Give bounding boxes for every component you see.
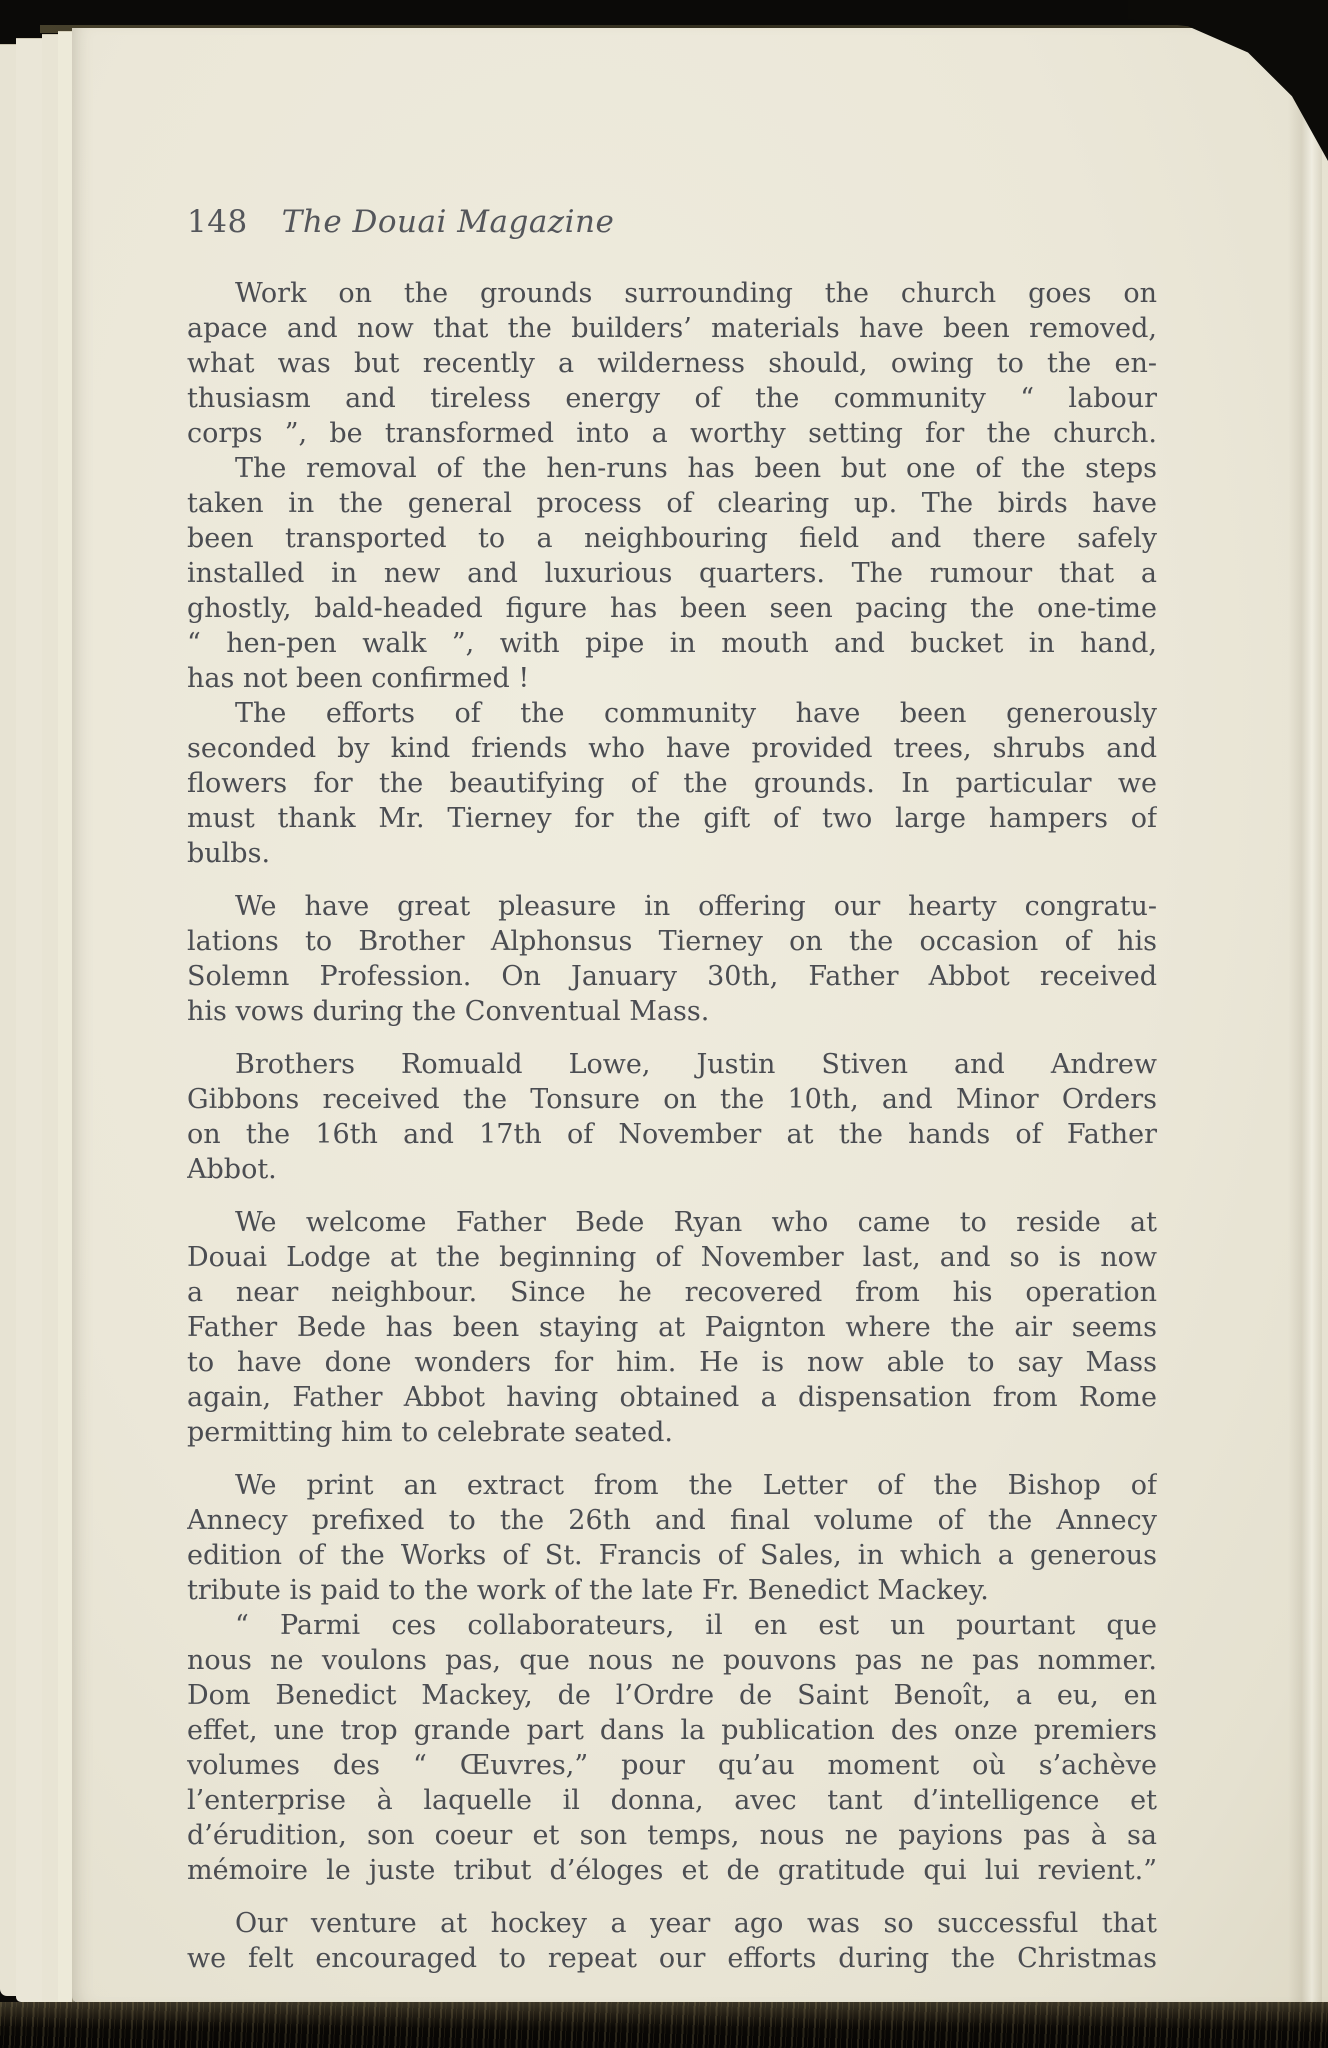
text-line: l’enterprise à laquelle il donna, avec t…: [187, 1783, 1157, 1818]
text-line: on the 16th and 17th of November at the …: [187, 1117, 1157, 1152]
text-line: Father Bede has been staying at Paignton…: [187, 1310, 1157, 1345]
paragraph: We welcome Father Bede Ryan who came to …: [187, 1205, 1157, 1450]
text-line: to have done wonders for him. He is now …: [187, 1345, 1157, 1380]
text-line: his vows during the Conventual Mass.: [187, 994, 1157, 1029]
text-line: again, Father Abbot having obtained a di…: [187, 1380, 1157, 1415]
paragraph: We print an extract from the Letter of t…: [187, 1468, 1157, 1608]
text-line: Our venture at hockey a year ago was so …: [187, 1906, 1157, 1941]
text-line: installed in new and luxurious quarters.…: [187, 556, 1157, 591]
page-text: Work on the grounds surrounding the chur…: [187, 276, 1157, 1976]
text-line: been transported to a neighbouring field…: [187, 521, 1157, 556]
text-line: tribute is paid to the work of the late …: [187, 1573, 1157, 1608]
book-photo: 148The Douai Magazine Work on the ground…: [0, 0, 1328, 2048]
text-line: a near neighbour. Since he recovered fro…: [187, 1275, 1157, 1310]
paragraph: “ Parmi ces collaborateurs, il en est un…: [187, 1608, 1157, 1888]
text-line: We have great pleasure in offering our h…: [187, 889, 1157, 924]
text-line: what was but recently a wilderness shoul…: [187, 346, 1157, 381]
text-line: effet, une trop grande part dans la publ…: [187, 1713, 1157, 1748]
text-line: must thank Mr. Tierney for the gift of t…: [187, 801, 1157, 836]
text-line: volumes des “ Œuvres,” pour qu’au moment…: [187, 1748, 1157, 1783]
text-line: edition of the Works of St. Francis of S…: [187, 1538, 1157, 1573]
text-line: Brothers Romuald Lowe, Justin Stiven and…: [187, 1047, 1157, 1082]
text-line: mémoire le juste tribut d’éloges et de g…: [187, 1853, 1157, 1888]
paragraph: We have great pleasure in offering our h…: [187, 889, 1157, 1029]
text-line: thusiasm and tireless energy of the comm…: [187, 381, 1157, 416]
text-line: taken in the general process of clearing…: [187, 486, 1157, 521]
text-line: Gibbons received the Tonsure on the 10th…: [187, 1082, 1157, 1117]
text-line: corps ”, be transformed into a worthy se…: [187, 416, 1157, 451]
text-line: permitting him to celebrate seated.: [187, 1415, 1157, 1450]
text-line: Abbot.: [187, 1152, 1157, 1187]
text-line: lations to Brother Alphonsus Tierney on …: [187, 924, 1157, 959]
text-line: bulbs.: [187, 836, 1157, 871]
text-line: ghostly, bald-headed figure has been see…: [187, 591, 1157, 626]
paragraph: The efforts of the community have been g…: [187, 696, 1157, 871]
text-line: apace and now that the builders’ materia…: [187, 311, 1157, 346]
text-line: Douai Lodge at the beginning of November…: [187, 1240, 1157, 1275]
text-line: The removal of the hen-runs has been but…: [187, 451, 1157, 486]
page-number: 148: [187, 204, 248, 240]
text-line: “ Parmi ces collaborateurs, il en est un…: [187, 1608, 1157, 1643]
page-crease: [1288, 28, 1322, 2004]
magazine-title: The Douai Magazine: [282, 204, 615, 240]
paragraph: Work on the grounds surrounding the chur…: [187, 276, 1157, 451]
text-line: Work on the grounds surrounding the chur…: [187, 276, 1157, 311]
text-line: we felt encouraged to repeat our efforts…: [187, 1941, 1157, 1976]
text-line: flowers for the beautifying of the groun…: [187, 766, 1157, 801]
book-page: 148The Douai Magazine Work on the ground…: [72, 28, 1328, 2004]
text-line: We print an extract from the Letter of t…: [187, 1468, 1157, 1503]
text-line: Dom Benedict Mackey, de l’Ordre de Saint…: [187, 1678, 1157, 1713]
text-line: Annecy prefixed to the 26th and final vo…: [187, 1503, 1157, 1538]
text-line: We welcome Father Bede Ryan who came to …: [187, 1205, 1157, 1240]
text-line: nous ne voulons pas, que nous ne pouvons…: [187, 1643, 1157, 1678]
text-line: d’érudition, son coeur et son temps, nou…: [187, 1818, 1157, 1853]
text-line: has not been confirmed !: [187, 661, 1157, 696]
paragraph: The removal of the hen-runs has been but…: [187, 451, 1157, 696]
text-line: Solemn Profession. On January 30th, Fath…: [187, 959, 1157, 994]
text-line: “ hen-pen walk ”, with pipe in mouth and…: [187, 626, 1157, 661]
book-cover-edge-bottom: [0, 2002, 1328, 2048]
page-stack-edge-3: [42, 34, 59, 2006]
page-stack-edge-2: [16, 38, 43, 2002]
text-line: The efforts of the community have been g…: [187, 696, 1157, 731]
page-header: 148The Douai Magazine: [187, 204, 614, 240]
text-line: seconded by kind friends who have provid…: [187, 731, 1157, 766]
paragraph: Our venture at hockey a year ago was so …: [187, 1906, 1157, 1976]
paragraph: Brothers Romuald Lowe, Justin Stiven and…: [187, 1047, 1157, 1187]
